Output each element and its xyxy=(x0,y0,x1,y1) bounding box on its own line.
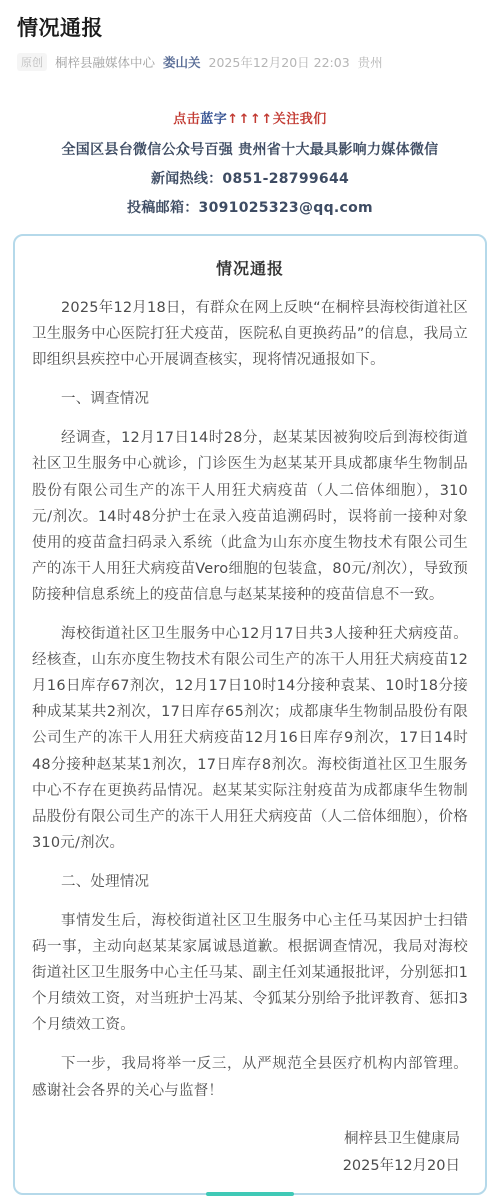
region-label: 贵州 xyxy=(358,53,383,71)
page-title: 情况通报 xyxy=(17,12,483,42)
section-heading-handling: 二、处理情况 xyxy=(32,869,468,895)
follow-prompt-arrows: ↑↑↑↑关注我们 xyxy=(227,112,327,127)
signature-block: 桐梓县卫生健康局 2025年12月20日 xyxy=(32,1126,468,1181)
article-header: 情况通报 原创 桐梓县融媒体中心 娄山关 2025年12月20日 22:03 贵… xyxy=(0,0,500,71)
original-badge: 原创 xyxy=(17,53,47,71)
notice-paragraph: 事情发生后，海校街道社区卫生服务中心主任马某因护士扫错码一事，主动向赵某某家属诚… xyxy=(32,908,468,1038)
follow-prompt-click: 点击 xyxy=(173,112,200,127)
promo-block: 点击蓝字↑↑↑↑关注我们 全国区县台微信公众号百强 贵州省十大最具影响力媒体微信… xyxy=(0,108,500,217)
teal-accent-bar xyxy=(206,1192,294,1196)
signature-date: 2025年12月20日 xyxy=(32,1153,460,1181)
account-name-link[interactable]: 娄山关 xyxy=(163,53,201,71)
hotline-line: 新闻热线：0851-28799644 xyxy=(0,168,500,188)
notice-card: 情况通报 2025年12月18日，有群众在网上反映“在桐梓县海校街道社区卫生服务… xyxy=(13,234,487,1195)
follow-prompt: 点击蓝字↑↑↑↑关注我们 xyxy=(0,108,500,127)
honor-line: 全国区县台微信公众号百强 贵州省十大最具影响力媒体微信 xyxy=(0,139,500,159)
notice-paragraph: 经调查，12月17日14时28分，赵某某因被狗咬后到海校街道社区卫生服务中心就诊… xyxy=(32,425,468,608)
notice-paragraph: 下一步，我局将举一反三，从严规范全县医疗机构内部管理。感谢社会各界的关心与监督！ xyxy=(32,1051,468,1103)
signature-org: 桐梓县卫生健康局 xyxy=(32,1126,460,1154)
publish-time: 2025年12月20日 22:03 xyxy=(209,53,350,71)
email-line: 投稿邮箱：3091025323@qq.com xyxy=(0,197,500,217)
notice-paragraph: 海校街道社区卫生服务中心12月17日共3人接种狂犬病疫苗。经核查，山东亦度生物技… xyxy=(32,621,468,856)
notice-paragraph: 2025年12月18日，有群众在网上反映“在桐梓县海校街道社区卫生服务中心医院打… xyxy=(32,295,468,373)
follow-prompt-bluetext: 蓝字 xyxy=(200,112,227,127)
notice-title: 情况通报 xyxy=(32,256,468,279)
notice-body: 2025年12月18日，有群众在网上反映“在桐梓县海校街道社区卫生服务中心医院打… xyxy=(32,295,468,1104)
section-heading-investigation: 一、调查情况 xyxy=(32,386,468,412)
source-name: 桐梓县融媒体中心 xyxy=(55,53,155,71)
article-meta: 原创 桐梓县融媒体中心 娄山关 2025年12月20日 22:03 贵州 xyxy=(17,53,483,71)
